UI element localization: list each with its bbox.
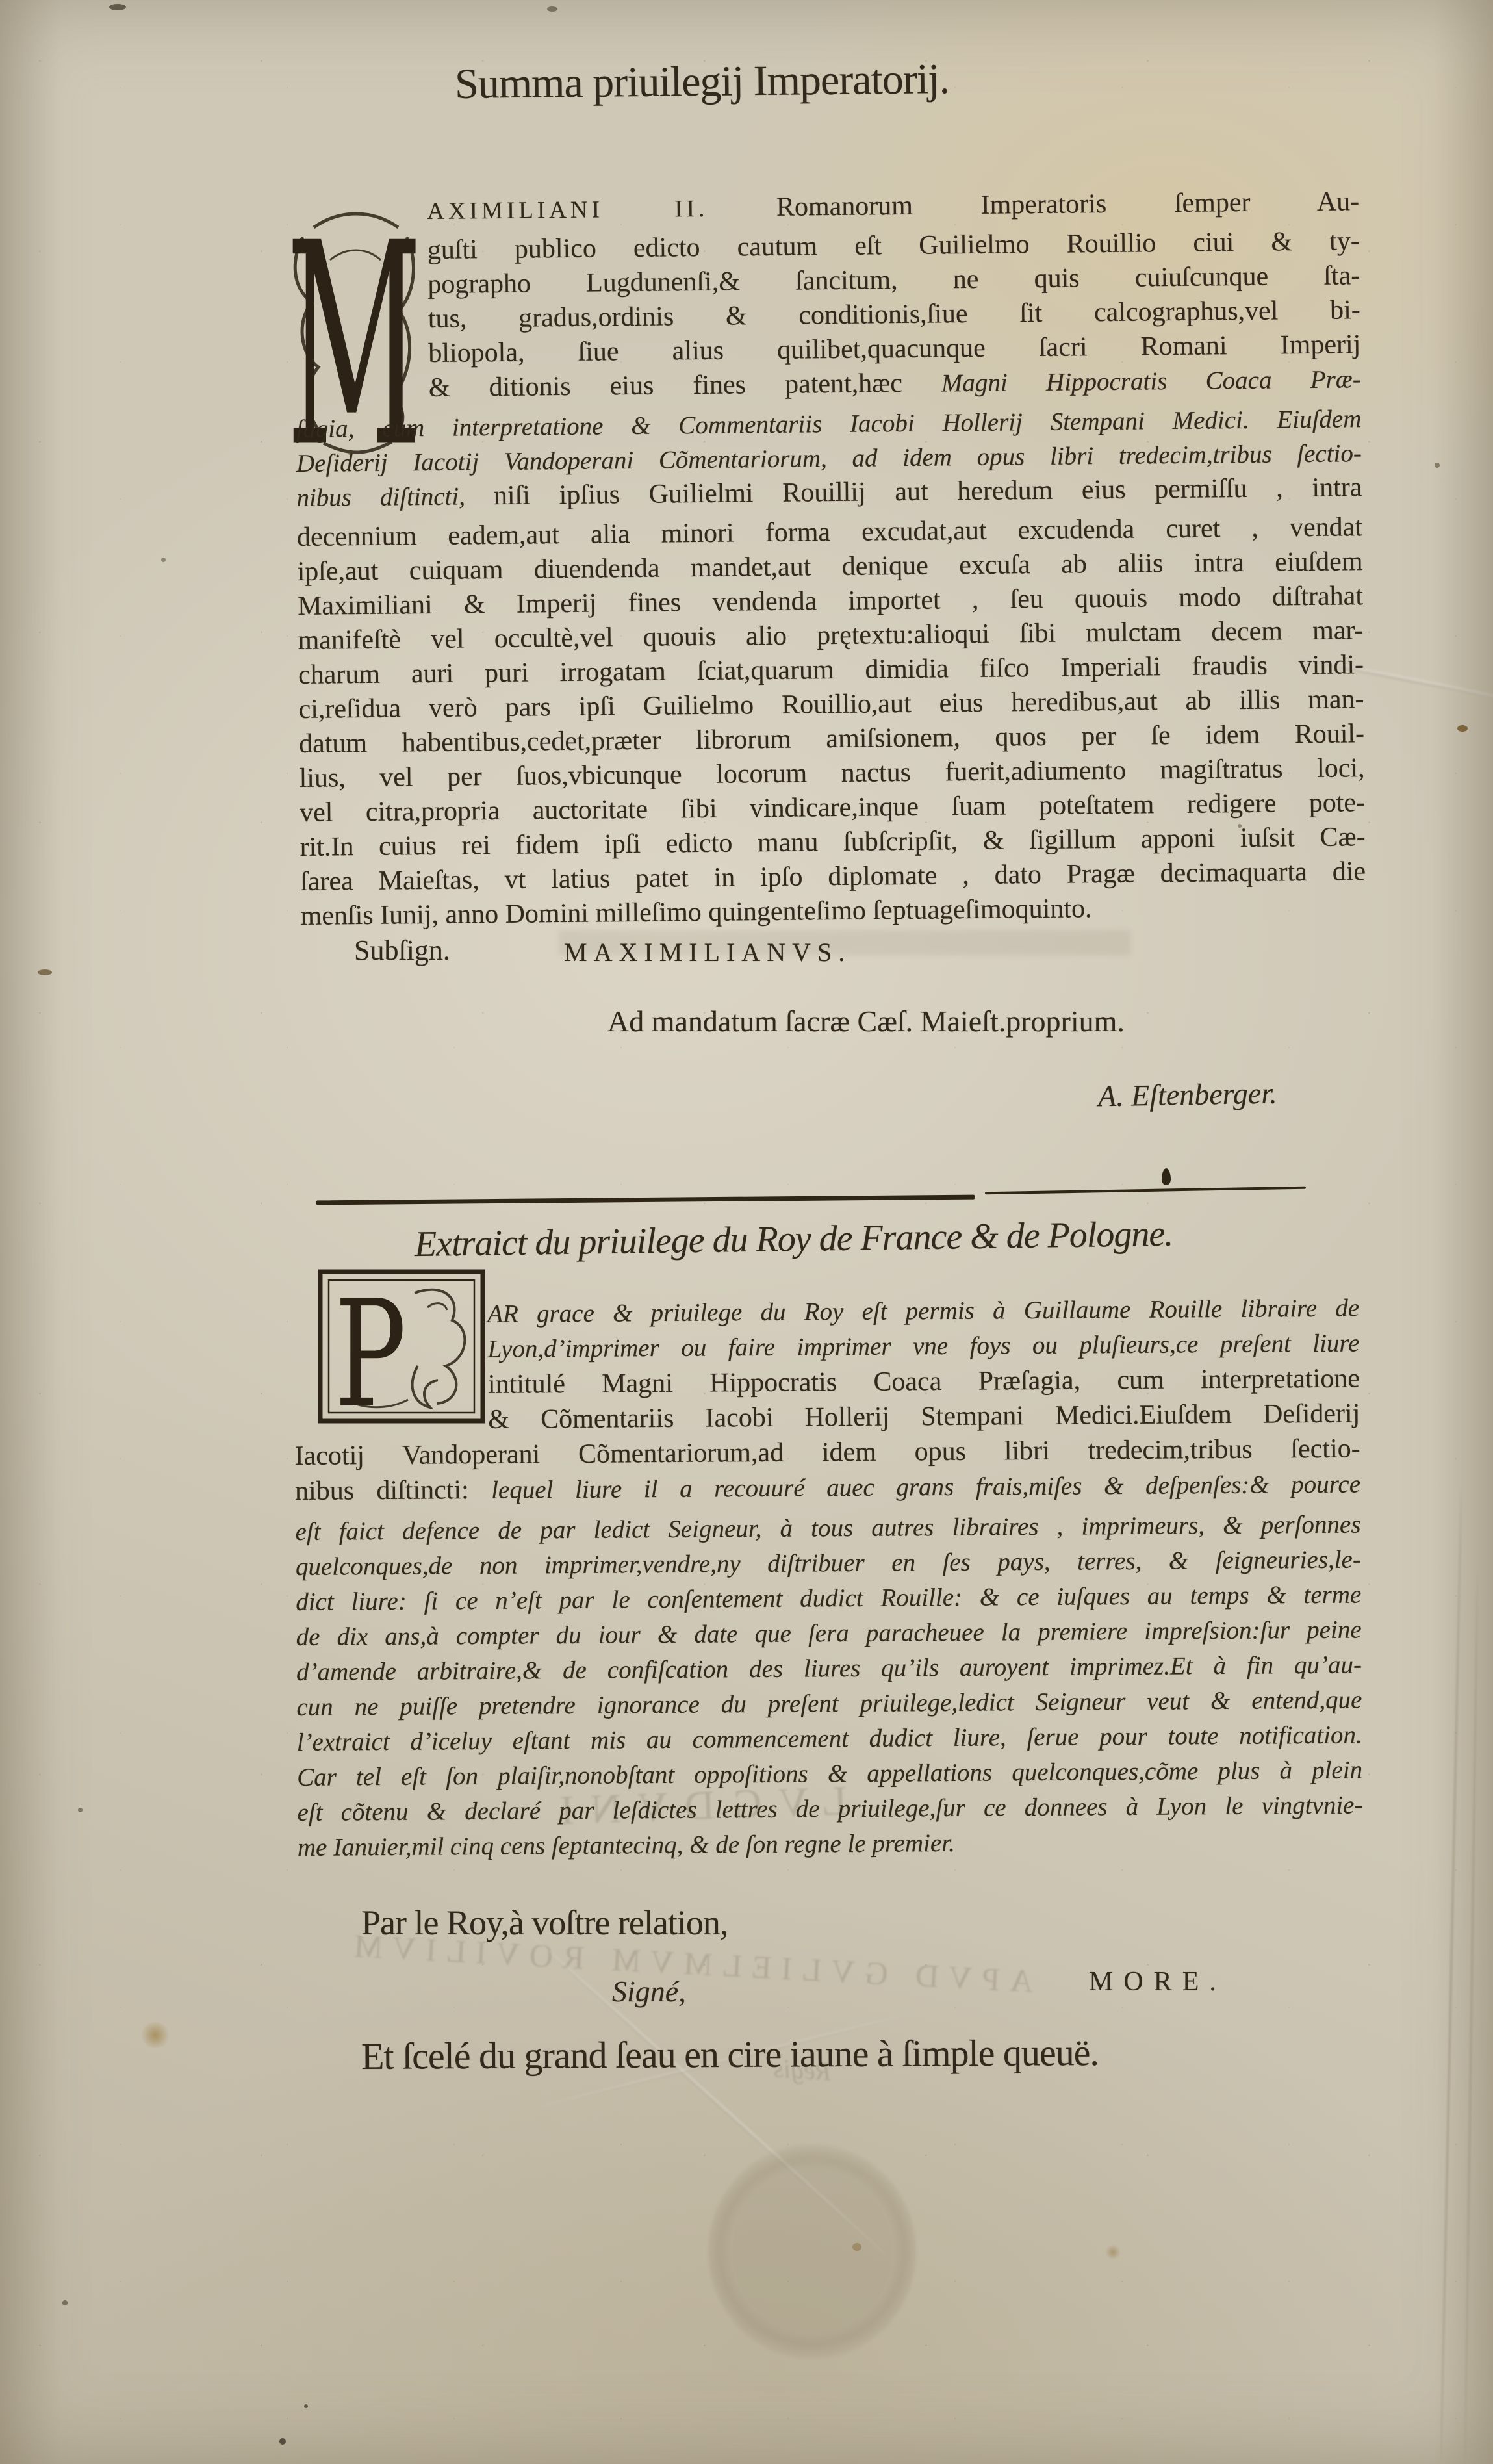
- french-privilege-heading: Extraict du priuilege du Roy de France &…: [415, 1213, 1173, 1265]
- text-segment: & ditionis eius fines patent,hæc: [429, 368, 941, 403]
- mandate-line: Ad mandatum ſacræ Cæſ. Maieſt.proprium.: [607, 1004, 1125, 1038]
- speck: [279, 2438, 286, 2445]
- text-segment: niſi ipſius Guilielmi Rouillij aut hered…: [494, 472, 1362, 511]
- seal-show-through-stain: [708, 2144, 916, 2359]
- stain-brown-small: [1104, 2245, 1121, 2259]
- privilege-page: LVGDVNI APVD GVLIELMVM ROVILIVM Regis Su…: [0, 0, 1493, 2464]
- speck: [38, 969, 52, 975]
- speck: [161, 558, 166, 562]
- secretary-signature: A. Eſtenberger.: [1098, 1076, 1277, 1114]
- speck: [547, 6, 557, 12]
- speck: [109, 4, 126, 10]
- latin-privilege-heading: Summa priuilegij Imperatorij.: [455, 55, 950, 109]
- text-segment: lequel liure il a recouuré auec grans fr…: [491, 1470, 1360, 1504]
- speck: [1457, 725, 1468, 732]
- speck: [62, 2300, 68, 2305]
- page-edge-line-1: [1440, 1488, 1462, 2463]
- divider-ornament: [1162, 1168, 1171, 1185]
- seal-line: Et ſcelé du grand ſeau en cire iaune à ſ…: [361, 2031, 1099, 2078]
- text-segment: AXIMILIANI II.: [427, 196, 708, 225]
- latin-privilege-body: AXIMILIANI II. Romanorum Imperatoris ſem…: [294, 185, 1366, 934]
- text-line: eſt cõtenu & declaré par leſdictes lettr…: [297, 1788, 1362, 1830]
- divider-rule-right: [985, 1187, 1306, 1195]
- text-segment: nibus diſtincti:: [295, 1475, 491, 1506]
- page-edge-line-2: [1464, 1572, 1478, 2464]
- signer-name: MORE.: [1089, 1966, 1227, 1997]
- emperor-signature: MAXIMILIANVS.: [564, 937, 851, 968]
- stain-brown-bottom-left: [140, 2022, 171, 2048]
- signed-label: Signé,: [612, 1974, 686, 2008]
- speck: [304, 2404, 308, 2408]
- subsign-label: Subſign.: [354, 934, 450, 967]
- speck: [78, 1808, 83, 1812]
- divider-rule-left: [316, 1195, 975, 1205]
- speck: [852, 2243, 861, 2251]
- speck: [1435, 463, 1440, 468]
- text-line: nibus diſtincti: lequel liure il a recou…: [295, 1467, 1360, 1515]
- french-privilege-body: AR grace & priuilege du Roy eſt permis à…: [294, 1291, 1363, 1866]
- by-king-line: Par le Roy,à voſtre relation,: [361, 1903, 728, 1943]
- text-segment: nibus diſtincti,: [296, 482, 494, 512]
- text-segment: Romanorum Imperatoris ſemper Au-: [708, 186, 1359, 223]
- text-line: me Ianuier,mil cinq cens ſeptantecinq, &…: [298, 1823, 1363, 1866]
- text-segment: Magni Hippocratis Coaca Præ-: [941, 365, 1361, 397]
